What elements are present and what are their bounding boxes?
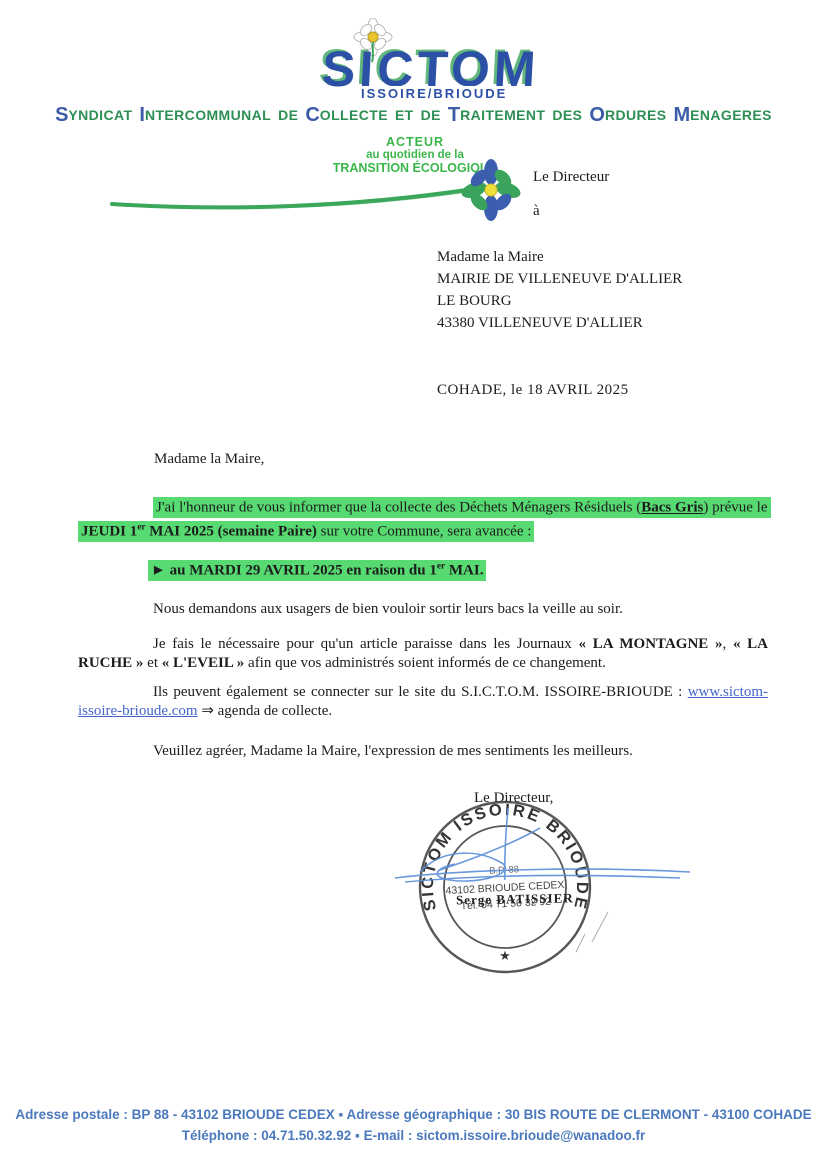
text-segment: ► au MARDI 29 AVRIL 2025 en raison du 1 xyxy=(151,563,437,579)
org-word: COLLECTE xyxy=(305,104,388,127)
salutation: Madame la Maire, xyxy=(78,450,768,470)
text-segment: afin que vos administrés soient informés… xyxy=(244,655,606,671)
org-word: TRAITEMENT xyxy=(448,104,545,127)
recipient-director-label: Le Directeur xyxy=(533,169,609,186)
org-word: DE xyxy=(421,107,441,125)
tagline-line1: ACTEUR xyxy=(330,135,500,149)
para-journaux: Je fais le nécessaire pour qu'un article… xyxy=(78,635,768,674)
para-site: Ils peuvent également se connecter sur l… xyxy=(78,683,768,722)
recipient-address: Madame la Maire MAIRIE DE VILLENEUVE D'A… xyxy=(437,246,682,334)
para-arrow: ► au MARDI 29 AVRIL 2025 en raison du 1e… xyxy=(148,558,768,582)
org-word: DE xyxy=(278,107,298,125)
text-segment: Bacs Gris xyxy=(641,500,703,516)
text-segment: JEUDI 1 xyxy=(81,523,137,539)
address-line: MAIRIE DE VILLENEUVE D'ALLIER xyxy=(437,268,682,290)
text-segment: MAI. xyxy=(445,563,483,579)
para-veille: Nous demandons aux usagers de bien voulo… xyxy=(78,600,768,620)
logo-subtitle: ISSOIRE/BRIOUDE xyxy=(358,86,510,101)
marker-highlight: ► au MARDI 29 AVRIL 2025 en raison du 1e… xyxy=(148,560,486,581)
org-word: ORDURES xyxy=(589,104,666,127)
text-segment: Ils peuvent également se connecter sur l… xyxy=(153,684,688,700)
dateline: COHADE, le 18 AVRIL 2025 xyxy=(437,382,629,399)
text-segment: MAI 2025 (semaine Paire) xyxy=(146,523,317,539)
para-closing: Veuillez agréer, Madame la Maire, l'expr… xyxy=(78,742,768,762)
text-segment: « LA MONTAGNE » xyxy=(578,636,722,652)
swoosh-underline xyxy=(110,178,500,220)
marker-highlight: J'ai l'honneur de vous informer que la c… xyxy=(78,497,771,542)
letter-body: Madame la Maire, J'ai l'honneur de vous … xyxy=(78,450,768,761)
footer: Adresse postale : BP 88 - 43102 BRIOUDE … xyxy=(0,1104,827,1146)
text-segment: er xyxy=(137,522,145,532)
flower-icon xyxy=(455,158,527,224)
pen-signature-scribble xyxy=(380,800,700,960)
org-word: INTERCOMMUNAL xyxy=(139,104,271,127)
letter-page: SICTOM ISSOIRE/BRIOUDE SYNDICATINTERCOMM… xyxy=(0,0,827,1169)
org-word: SYNDICAT xyxy=(55,104,132,127)
org-word: ET xyxy=(395,107,414,125)
para-announcement: J'ai l'honneur de vous informer que la c… xyxy=(78,499,768,542)
text-segment: Veuillez agréer, Madame la Maire, l'expr… xyxy=(153,743,633,759)
org-name-line: SYNDICATINTERCOMMUNALDECOLLECTEETDETRAIT… xyxy=(40,104,787,127)
address-line: 43380 VILLENEUVE D'ALLIER xyxy=(437,312,682,334)
footer-address-line: Adresse postale : BP 88 - 43102 BRIOUDE … xyxy=(0,1104,827,1125)
text-segment: , xyxy=(723,636,733,652)
text-segment: ) prévue le xyxy=(703,500,767,516)
address-line: LE BOURG xyxy=(437,290,682,312)
text-segment: Nous demandons aux usagers de bien voulo… xyxy=(153,601,623,617)
text-segment: J'ai l'honneur de vous informer que la c… xyxy=(156,500,641,516)
footer-contact-line: Téléphone : 04.71.50.32.92 ▪ E-mail : si… xyxy=(0,1125,827,1146)
recipient-to-label: à xyxy=(533,203,540,220)
text-segment: et xyxy=(143,655,161,671)
org-word: MENAGERES xyxy=(673,104,771,127)
org-word: DES xyxy=(552,107,582,125)
text-segment: er xyxy=(437,562,445,572)
text-segment: ⇒ agenda de collecte. xyxy=(198,703,333,719)
text-segment: « L'EVEIL » xyxy=(162,655,245,671)
text-segment: Je fais le nécessaire pour qu'un article… xyxy=(153,636,578,652)
address-line: Madame la Maire xyxy=(437,246,682,268)
text-segment: sur votre Commune, sera avancée : xyxy=(317,523,532,539)
